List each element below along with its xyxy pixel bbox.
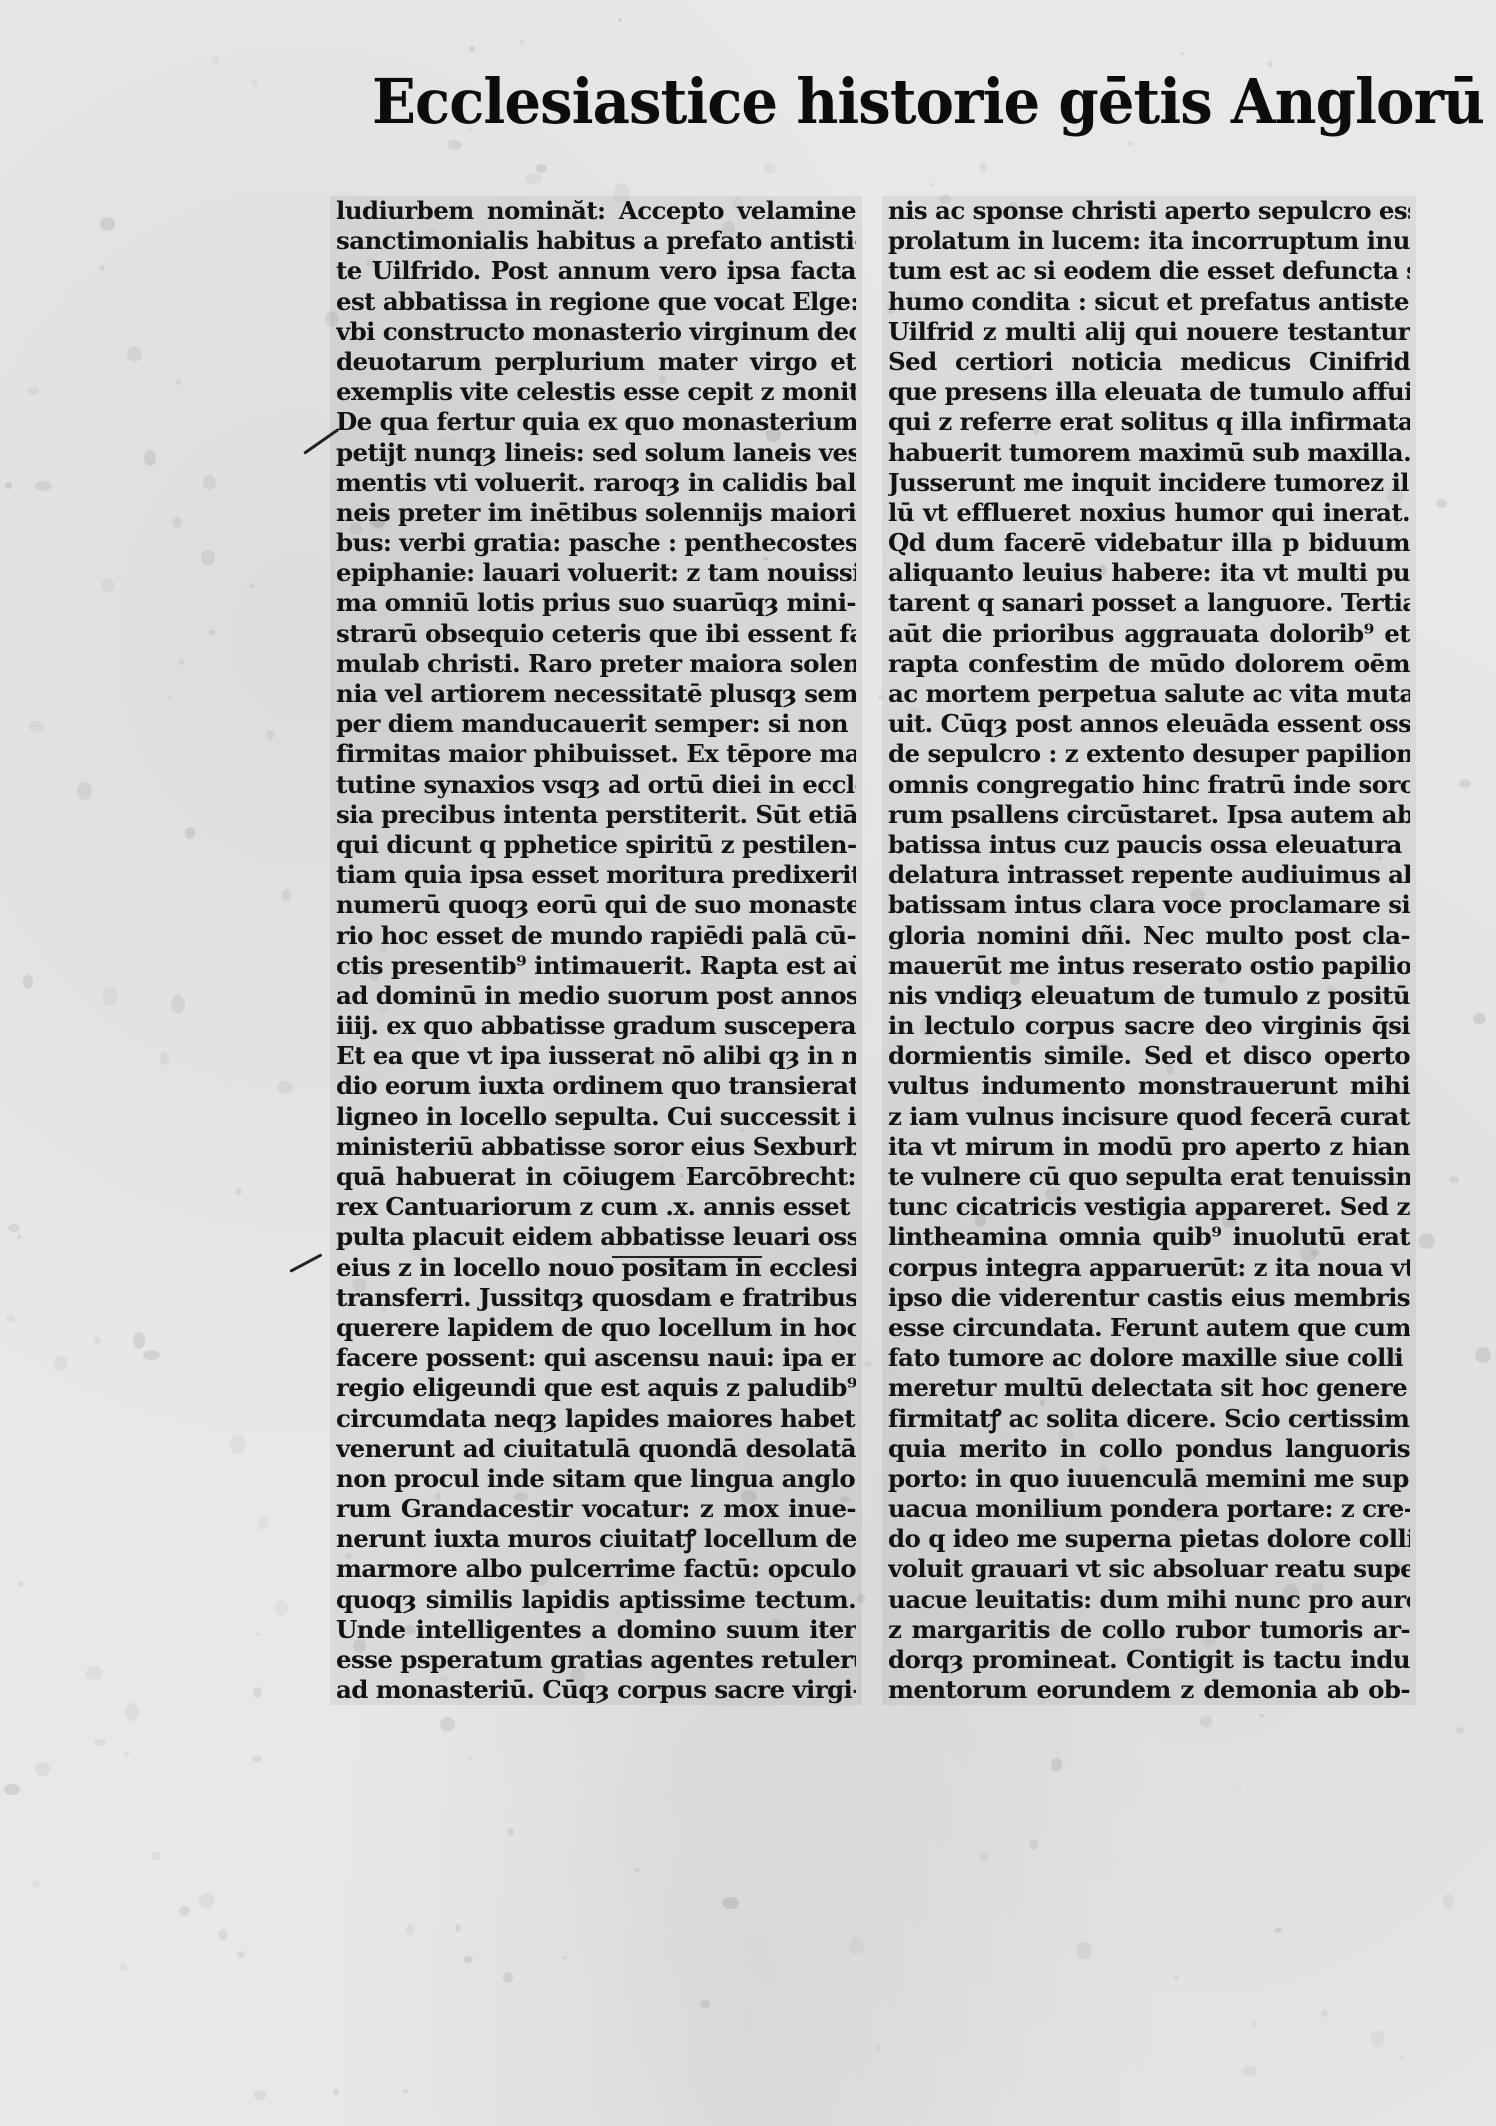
text-line: transferri. Jussitqȝ quosdam e fratribus	[336, 1283, 856, 1313]
foxing-spot	[253, 1687, 261, 1697]
text-line: tum est ac si eodem die esset defuncta s…	[888, 256, 1410, 286]
text-line: mulab christi. Raro preter maiora solen	[336, 649, 856, 679]
foxing-spot	[1456, 1727, 1464, 1734]
text-line: quā habuerat in cōiugem Earcōbrecht:	[336, 1162, 856, 1192]
text-line: batissa intus cuz paucis ossa eleuatura …	[888, 830, 1410, 860]
foxing-spot	[29, 721, 44, 733]
foxing-spot	[1029, 1839, 1037, 1850]
foxing-spot	[125, 1703, 139, 1722]
foxing-spot	[257, 1516, 269, 1530]
text-line: uacua monilium pondera portare: z cre-	[888, 1494, 1410, 1524]
text-line: facere possent: qui ascensu naui: ipa en…	[336, 1343, 856, 1373]
text-line: ita vt mirum in modū pro aperto z hian	[888, 1132, 1410, 1162]
text-line: aūt die prioribus aggrauata dolorib⁹ et	[888, 619, 1410, 649]
text-line: habuerit tumorem maximū sub maxilla.	[888, 438, 1410, 468]
foxing-spot	[235, 1188, 241, 1195]
foxing-spot	[144, 450, 156, 466]
foxing-spot	[100, 217, 115, 231]
text-line: neis preter im inētibus solennijs maiori…	[336, 498, 856, 528]
foxing-spot	[763, 162, 777, 175]
text-line: regio eligeundi que est aquis z paludib⁹	[336, 1373, 856, 1403]
text-line: exemplis vite celestis esse cepit z moni…	[336, 377, 856, 407]
text-line: rio hoc esset de mundo rapiēdi palā cū-	[336, 921, 856, 951]
foxing-spot	[201, 550, 215, 565]
foxing-spot	[94, 1739, 105, 1747]
foxing-spot	[175, 380, 182, 385]
foxing-spot	[1475, 1347, 1491, 1363]
foxing-spot	[1200, 1716, 1213, 1726]
foxing-spot	[255, 1633, 259, 1636]
text-line: batissam intus clara voce proclamare sit	[888, 890, 1410, 920]
text-line: mauerūt me intus reserato ostio papilio-	[888, 951, 1410, 981]
foxing-spot	[1436, 499, 1448, 508]
foxing-spot	[1459, 779, 1471, 788]
foxing-spot	[503, 1972, 512, 1983]
foxing-spot	[282, 889, 291, 902]
text-line: corpus integra apparuerūt: z ita noua vt	[888, 1253, 1410, 1283]
text-line: ligneo in locello sepulta. Cui successit…	[336, 1102, 856, 1132]
text-line: quia merito in collo pondus languoris	[888, 1434, 1410, 1464]
foxing-spot	[254, 2090, 266, 2100]
foxing-spot	[171, 995, 185, 1015]
marginal-pen-stroke-2	[289, 1253, 322, 1273]
text-line: deuotarum perplurium mater virgo et	[336, 347, 856, 377]
text-line: ac mortem perpetua salute ac vita muta-	[888, 679, 1410, 709]
foxing-spot	[212, 56, 219, 63]
foxing-spot	[980, 1853, 988, 1860]
foxing-spot	[4, 1784, 19, 1795]
foxing-spot	[209, 630, 216, 635]
foxing-spot	[1370, 2030, 1384, 2047]
scanned-page: Ecclesiastice historie gētis Anglorū lud…	[0, 0, 1496, 2126]
foxing-spot	[536, 164, 548, 174]
foxing-spot	[249, 584, 254, 588]
text-line: in lectulo corpus sacre deo virginis q̄s…	[888, 1011, 1410, 1041]
foxing-spot	[8, 1224, 20, 1232]
foxing-spot	[1399, 2056, 1404, 2059]
text-line: ma omniū lotis prius suo suarūqȝ mini-	[336, 588, 856, 618]
text-line: dormientis simile. Sed et disco operto	[888, 1041, 1410, 1071]
foxing-spot	[1418, 1233, 1435, 1249]
foxing-spot	[94, 1337, 101, 1345]
foxing-spot	[251, 79, 257, 87]
text-line: prolatum in lucem: ita incorruptum inuē	[888, 226, 1410, 256]
text-line: qui dicunt q pphetice spiritū z pestilen…	[336, 830, 856, 860]
text-line: omnis congregatio hinc fratrū inde soro	[888, 770, 1410, 800]
foxing-spot	[151, 1852, 161, 1860]
text-line: tutine synaxios vsqȝ ad ortū diei in ecc…	[336, 770, 856, 800]
text-line: est abbatissa in regione que vocat Elge:	[336, 287, 856, 317]
foxing-spot	[143, 1350, 160, 1360]
foxing-spot	[1473, 1013, 1486, 1024]
foxing-spot	[35, 1762, 50, 1776]
text-line: qui z referre erat solitus q illa infirm…	[888, 407, 1410, 437]
text-line: non procul inde sitam que lingua anglo-	[336, 1464, 856, 1494]
text-line: porto: in quo iuuenculā memini me sup-	[888, 1464, 1410, 1494]
foxing-spot	[700, 1999, 710, 2008]
foxing-spot	[179, 1906, 189, 1916]
text-line: ipso die viderentur castis eius membris	[888, 1283, 1410, 1313]
foxing-spot	[99, 265, 105, 271]
foxing-spot	[980, 162, 987, 171]
foxing-spot	[54, 1355, 68, 1372]
text-line: tarent q sanari posset a languore. Terti…	[888, 588, 1410, 618]
foxing-spot	[1449, 1176, 1458, 1182]
foxing-spot	[333, 2088, 339, 2095]
foxing-spot	[1259, 1714, 1264, 1717]
foxing-spot	[722, 1897, 738, 1908]
text-line: nia vel artiorem necessitatē plusqȝ seme…	[336, 679, 856, 709]
text-line: firmitas maior phibuisset. Ex tēpore ma	[336, 739, 856, 769]
foxing-spot	[275, 1600, 287, 1617]
foxing-spot	[1252, 2022, 1256, 2026]
foxing-spot	[172, 517, 182, 527]
text-line: Unde intelligentes a domino suum iter	[336, 1615, 856, 1645]
text-line: ctis presentib⁹ intimauerit. Rapta est a…	[336, 951, 856, 981]
text-line: vbi constructo monasterio virginum deo	[336, 317, 856, 347]
foxing-spot	[17, 1235, 21, 1239]
foxing-spot	[102, 987, 118, 1006]
foxing-spot	[228, 1081, 232, 1084]
text-line: uacue leuitatis: dum mihi nunc pro auro	[888, 1585, 1410, 1615]
text-line: Jusserunt me inquit incidere tumorez il-	[888, 468, 1410, 498]
foxing-spot	[168, 696, 173, 700]
text-line: z margaritis de collo rubor tumoris ar-	[888, 1615, 1410, 1645]
foxing-spot	[507, 1828, 515, 1836]
foxing-spot	[124, 1751, 129, 1758]
text-line: rapta confestim de mūdo dolorem oēm	[888, 649, 1410, 679]
text-line: uit. Cūqȝ post annos eleuāda essent ossa	[888, 709, 1410, 739]
foxing-spot	[1051, 1758, 1062, 1772]
text-line: circumdata neqȝ lapides maiores habet:	[336, 1404, 856, 1434]
text-line: venerunt ad ciuitatulā quondā desolatā	[336, 1434, 856, 1464]
foxing-spot	[199, 1893, 214, 1908]
foxing-spot	[127, 346, 143, 362]
foxing-spot	[1443, 1894, 1454, 1908]
text-line: tiam quia ipsa esset moritura predixerit…	[336, 860, 856, 890]
text-line: meretur multū delectata sit hoc genere i…	[888, 1373, 1410, 1403]
text-line: tunc cicatricis vestigia appareret. Sed …	[888, 1192, 1410, 1222]
text-line: iiij. ex quo abbatisse gradum susceperat…	[336, 1011, 856, 1041]
text-line: querere lapidem de quo locellum in hoc	[336, 1313, 856, 1343]
foxing-spot	[266, 730, 275, 741]
text-line: strarū obsequio ceteris que ibi essent f…	[336, 619, 856, 649]
text-line: voluit grauari vt sic absoluar reatu sup…	[888, 1554, 1410, 1584]
foxing-spot	[179, 659, 185, 665]
text-line: te vulnere cū quo sepulta erat tenuissim…	[888, 1162, 1410, 1192]
foxing-spot	[277, 1081, 293, 1093]
text-line: sanctimonialis habitus a prefato antisti…	[336, 226, 856, 256]
underline-annotation	[612, 1256, 762, 1258]
foxing-spot	[218, 1929, 228, 1940]
foxing-spot	[930, 183, 935, 186]
text-line: ad monasteriū. Cūqȝ corpus sacre virgi-	[336, 1675, 856, 1705]
text-line: pulta placuit eidem abbatisse leuari oss…	[336, 1222, 856, 1252]
foxing-spot	[32, 1879, 40, 1888]
text-line: de sepulcro : z extento desuper papilion…	[888, 739, 1410, 769]
text-line: do q ideo me superna pietas dolore colli	[888, 1524, 1410, 1554]
foxing-spot	[102, 578, 115, 592]
foxing-spot	[873, 935, 876, 938]
text-line: firmitatꝭ ac solita dicere. Scio certiss…	[888, 1404, 1410, 1434]
foxing-spot	[1076, 1942, 1091, 1960]
foxing-spot	[877, 2045, 882, 2051]
text-line: mentorum eorundem z demonia ab ob-	[888, 1675, 1410, 1705]
text-line: delatura intrasset repente audiuimus ab	[888, 860, 1410, 890]
foxing-spot	[252, 1756, 262, 1762]
foxing-spot	[469, 1757, 472, 1760]
foxing-spot	[1274, 1928, 1283, 1934]
foxing-spot	[230, 1435, 247, 1454]
text-line: esse circundata. Ferunt autem que cum p	[888, 1313, 1410, 1343]
text-line: dorqȝ promineat. Contigit is tactu indu	[888, 1645, 1410, 1675]
text-line: esse psperatum gratias agentes retulerūt	[336, 1645, 856, 1675]
text-line: z iam vulnus incisure quod fecerā curatū	[888, 1102, 1410, 1132]
foxing-spot	[519, 39, 524, 45]
foxing-spot	[849, 1937, 864, 1955]
foxing-spot	[469, 46, 475, 52]
foxing-spot	[863, 1361, 872, 1367]
foxing-spot	[5, 482, 12, 489]
text-line: eius z in locello nouo positam in eccles…	[336, 1253, 856, 1283]
foxing-spot	[27, 387, 39, 394]
text-line: fato tumore ac dolore maxille siue colli…	[888, 1343, 1410, 1373]
text-line: nis vndiqȝ eleuatum de tumulo z positū	[888, 981, 1410, 1011]
text-line: quoqȝ similis lapidis aptissime tectum.	[336, 1585, 856, 1615]
foxing-spot	[1174, 1976, 1179, 1980]
text-line: De qua fertur quia ex quo monasterium	[336, 407, 856, 437]
foxing-spot	[618, 18, 623, 22]
foxing-spot	[1238, 1788, 1241, 1791]
text-line: per diem manducauerit semper: si non in	[336, 709, 856, 739]
text-line: te Uilfrido. Post annum vero ipsa facta	[336, 256, 856, 286]
text-line: Sed certiori noticia medicus Cinifrid	[888, 347, 1410, 377]
foxing-spot	[525, 173, 541, 184]
foxing-spot	[464, 1956, 472, 1963]
text-line: rex Cantuariorum z cum .x. annis esset s…	[336, 1192, 856, 1222]
foxing-spot	[563, 1956, 567, 1959]
running-head-title: Ecclesiastice historie gētis Anglorū	[372, 62, 1237, 142]
foxing-spot	[203, 475, 217, 490]
text-line: ministeriū abbatisse soror eius Sexburb	[336, 1132, 856, 1162]
text-line: lintheamina omnia quib⁹ inuolutū erat	[888, 1222, 1410, 1252]
text-line: aliquanto leuius habere: ita vt multi pu	[888, 558, 1410, 588]
foxing-spot	[1321, 2010, 1327, 2017]
foxing-spot	[440, 1717, 454, 1732]
text-line: Et ea que vt ipa iusserat nō alibi qȝ in…	[336, 1041, 856, 1071]
foxing-spot	[1180, 52, 1185, 55]
foxing-spot	[406, 1924, 414, 1934]
text-line: rum psallens circūstaret. Ipsa autem ab	[888, 800, 1410, 830]
foxing-spot	[6, 1314, 16, 1323]
text-line: dio eorum iuxta ordinem quo transierat	[336, 1071, 856, 1101]
foxing-spot	[119, 1964, 127, 1971]
right-text-column: nis ac sponse christi aperto sepulcro es…	[882, 196, 1416, 1705]
text-line: Uilfrid z multi alij qui nouere testantu…	[888, 317, 1410, 347]
text-line: epiphanie: lauari voluerit: z tam nouiss…	[336, 558, 856, 588]
text-line: que presens illa eleuata de tumulo affui…	[888, 377, 1410, 407]
text-line: ludiurbem nominăt: Accepto velamine	[336, 196, 856, 226]
foxing-spot	[237, 1951, 245, 1958]
text-line: Qd dum facerē videbatur illa p biduum	[888, 528, 1410, 558]
text-line: humo condita : sicut et prefatus antiste…	[888, 287, 1410, 317]
text-line: bus: verbi gratia: pasche : penthecostes…	[336, 528, 856, 558]
foxing-spot	[19, 1582, 23, 1585]
text-line: nis ac sponse christi aperto sepulcro es…	[888, 196, 1410, 226]
foxing-spot	[86, 1666, 103, 1680]
text-line: ad dominū in medio suorum post annos	[336, 981, 856, 1011]
foxing-spot	[185, 827, 196, 838]
text-line: sia precibus intenta perstiterit. Sūt et…	[336, 800, 856, 830]
foxing-spot	[402, 2089, 408, 2093]
text-line: mentis vti voluerit. raroqȝ in calidis b…	[336, 468, 856, 498]
foxing-spot	[23, 975, 33, 989]
foxing-spot	[133, 1332, 145, 1348]
foxing-spot	[634, 1868, 640, 1873]
text-line: rum Grandacestir vocatur: z mox inue-	[336, 1494, 856, 1524]
text-line: gloria nomini dñi. Nec multo post cla-	[888, 921, 1410, 951]
text-line: lū vt efflueret noxius humor qui inerat.	[888, 498, 1410, 528]
foxing-spot	[35, 481, 52, 491]
foxing-spot	[278, 645, 282, 648]
text-line: marmore albo pulcerrime factū: opculo	[336, 1554, 856, 1584]
foxing-spot	[77, 782, 92, 800]
left-text-column: ludiurbem nominăt: Accepto velaminesanct…	[330, 196, 862, 1705]
foxing-spot	[455, 1924, 461, 1931]
text-line: numerū quoqȝ eorū qui de suo monaste-	[336, 890, 856, 920]
foxing-spot	[160, 1052, 169, 1064]
foxing-spot	[1241, 2066, 1257, 2076]
text-line: vultus indumento monstrauerunt mihi	[888, 1071, 1410, 1101]
text-line: nerunt iuxta muros ciuitatꝭ locellum de	[336, 1524, 856, 1554]
text-line: petijt nunqȝ lineis: sed solum laneis ve…	[336, 438, 856, 468]
